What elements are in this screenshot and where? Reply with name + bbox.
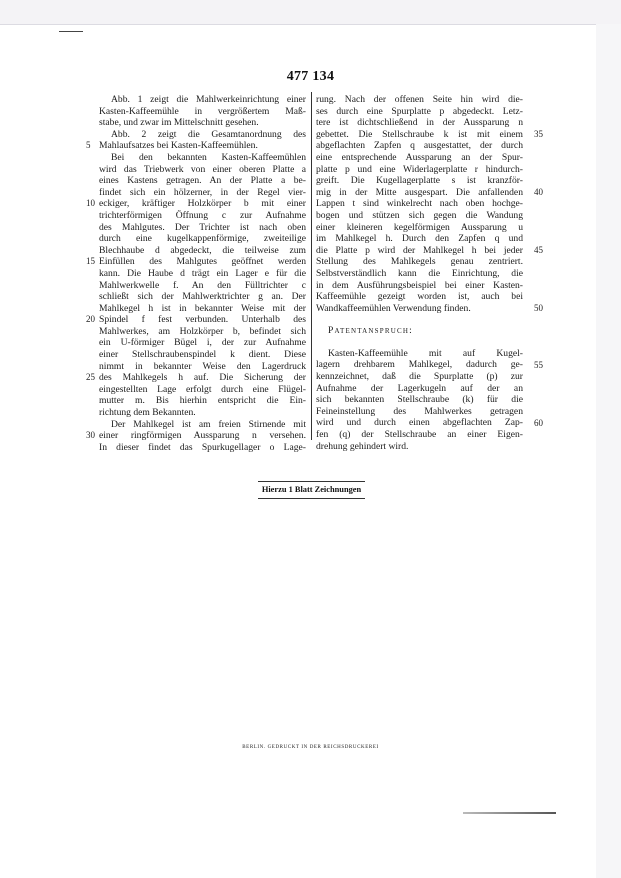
- text-line: ses durch eine Spurplatte p abgedeckt. L…: [316, 106, 523, 118]
- text-line: Einfüllen des Mahlgutes geöffnet werden: [99, 256, 306, 268]
- text-line: sich bekannten Stellschraube (k) für die: [316, 394, 523, 406]
- text-line: des Mahlgutes. Der Trichter ist nach obe…: [99, 222, 306, 234]
- text-line: Kasten-Kaffeemühle mit auf Kugel-: [316, 348, 523, 360]
- text-line: platte p und eine Widerlagerplatte r hin…: [316, 164, 523, 176]
- text-line: Lappen t sind winkelrecht nach oben hoch…: [316, 198, 523, 210]
- line-number: 45: [534, 245, 543, 255]
- printer-imprint: BERLIN. GEDRUCKT IN DER REICHSDRUCKEREI: [0, 745, 621, 750]
- drawing-notice: Hierzu 1 Blatt Zeichnungen: [258, 481, 365, 499]
- text-line: richtung dem Bekannten.: [99, 407, 306, 419]
- text-line: Feineinstellung des Mahlwerkes getragen: [316, 406, 523, 418]
- text-line: bogen und stützen sich gegen die Wandung: [316, 210, 523, 222]
- bottom-rule: [463, 812, 556, 814]
- text-line: Spindel f fest verbunden. Unterhalb des: [99, 314, 306, 326]
- line-number: 35: [534, 129, 543, 139]
- line-number: 55: [534, 360, 543, 370]
- line-number: 60: [534, 418, 543, 428]
- line-number: 40: [534, 187, 543, 197]
- text-line: Mahlaufsatzes bei Kasten-Kaffeemühlen.: [99, 140, 306, 152]
- line-number: 10: [86, 198, 95, 208]
- text-line: fen (q) der Stellschraube an einer Eigen…: [316, 429, 523, 441]
- text-line: findet sich ein hölzerner, in der Regel …: [99, 187, 306, 199]
- line-number: 5: [86, 140, 91, 150]
- text-line: die Platte p wird der Mahlkegel h bei je…: [316, 245, 523, 257]
- spacer: [316, 314, 523, 325]
- line-number: 20: [86, 314, 95, 324]
- line-number: 50: [534, 303, 543, 313]
- text-line: eine entsprechende Aussparung an der Spu…: [316, 152, 523, 164]
- text-line: tere ist dichtschließend in der Aussparu…: [316, 117, 523, 129]
- text-line: Blechhaube d abgedeckt, die teilweise zu…: [99, 245, 306, 257]
- text-line: im Mahlkegel h. Durch den Zapfen q und: [316, 233, 523, 245]
- text-line: Abb. 1 zeigt die Mahlwerkeinrichtung ein…: [99, 94, 306, 106]
- text-line: mutter m. Bis hierhin entspricht die Ein…: [99, 395, 306, 407]
- text-line: greift. Die Kugellagerplatte s ist kranz…: [316, 175, 523, 187]
- text-line: lagern drehbarem Mahlkegel, dadurch ge-: [316, 359, 523, 371]
- text-line: des Mahlkegels h auf. Die Sicherung der: [99, 372, 306, 384]
- text-line: mig in der Mitte ausgespart. Die anfalle…: [316, 187, 523, 199]
- text-line: kann. Die Haube d trägt ein Lager e für …: [99, 268, 306, 280]
- text-line: Stellung des Mahlkegels genau zentriert.: [316, 256, 523, 268]
- line-number: 30: [86, 430, 95, 440]
- text-line: Mahlwerkes, am Holzkörper b, befindet si…: [99, 326, 306, 338]
- text-line: wird das Triebwerk von einer oberen Plat…: [99, 164, 306, 176]
- text-line: drehung gehindert wird.: [316, 441, 523, 453]
- text-line: gebettet. Die Stellschraube k ist mit ei…: [316, 129, 523, 141]
- text-line: Abb. 2 zeigt die Gesamtanordnung des: [99, 129, 306, 141]
- line-number: 15: [86, 256, 95, 266]
- text-line: Bei den bekannten Kasten-Kaffeemühlen: [99, 152, 306, 164]
- text-line: eckiger, kräftiger Holzkörper b mit eine…: [99, 198, 306, 210]
- text-line: In dieser findet das Spurkugellager o La…: [99, 442, 306, 454]
- text-line: Wandkaffeemühlen Verwendung finden.: [316, 303, 523, 315]
- text-line: Selbstverständlich kann die Einrichtung,…: [316, 268, 523, 280]
- text-line: abgeflachten Zapfen q ausgestattet, der …: [316, 140, 523, 152]
- text-line: einer kleineren kegelförmigen Aussparung…: [316, 222, 523, 234]
- text-line: Mahlwerkwelle f. An den Fülltrichter c: [99, 280, 306, 292]
- text-line: Aufnahme der Lagerkugeln auf der an: [316, 383, 523, 395]
- column-divider: [311, 92, 312, 440]
- left-column: Abb. 1 zeigt die Mahlwerkeinrichtung ein…: [99, 94, 306, 453]
- text-line: durch eine kugelkappenförmige, zweiteili…: [99, 233, 306, 245]
- text-line: schließt sich der Mahlwerktrichter g an.…: [99, 291, 306, 303]
- text-line: trichterförmigen Öffnung c zur Aufnahme: [99, 210, 306, 222]
- text-line: Mahlkegel h ist in bekannter Weise mit d…: [99, 303, 306, 315]
- text-line: stabe, und zwar im Mittelschnitt gesehen…: [99, 117, 306, 129]
- spacer: [316, 337, 523, 348]
- text-line: eingestellten Lage erfolgt durch eine Fl…: [99, 384, 306, 396]
- text-line: Der Mahlkegel ist am freien Stirnende mi…: [99, 419, 306, 431]
- text-line: eines Kastens getragen. An der Platte a …: [99, 175, 306, 187]
- text-line: in dem Ausführungsbeispiel bei einer Kas…: [316, 280, 523, 292]
- text-line: ein U-förmiger Bügel i, der zur Aufnahme: [99, 337, 306, 349]
- line-number: 25: [86, 372, 95, 382]
- text-line: rung. Nach der offenen Seite hin wird di…: [316, 94, 523, 106]
- claim-heading: Patentanspruch:: [316, 325, 523, 337]
- text-line: Kasten-Kaffeemühle in vergrößertem Maß-: [99, 106, 306, 118]
- text-line: nimmt in bekannter Weise den Lagerdruck: [99, 361, 306, 373]
- text-line: kennzeichnet, daß die Spurplatte (p) zur: [316, 371, 523, 383]
- text-line: einer Stellschraubenspindel k dient. Die…: [99, 349, 306, 361]
- text-line: Kaffeemühle gezeigt worden ist, auch bei: [316, 291, 523, 303]
- patent-number: 477 134: [0, 69, 621, 85]
- text-line: wird und durch einen abgeflachten Zap-: [316, 417, 523, 429]
- text-line: einer ringförmigen Aussparung n versehen…: [99, 430, 306, 442]
- right-column: rung. Nach der offenen Seite hin wird di…: [316, 94, 523, 452]
- top-rule: [59, 31, 83, 32]
